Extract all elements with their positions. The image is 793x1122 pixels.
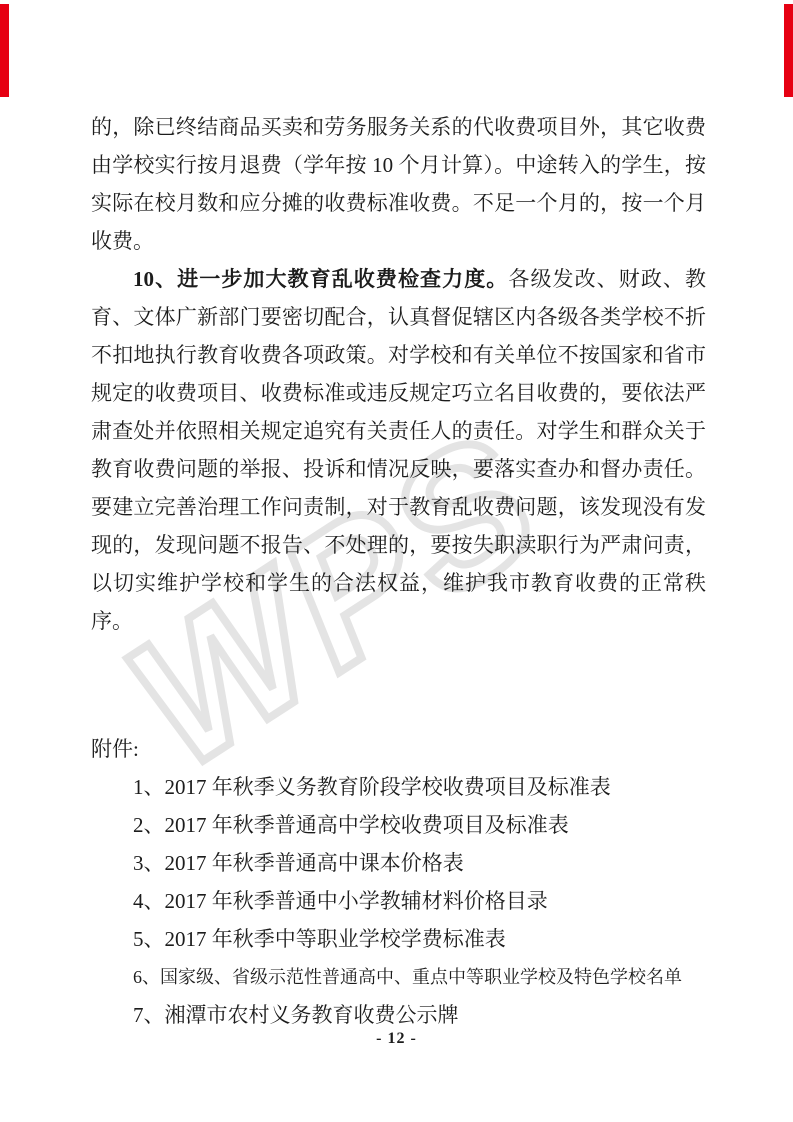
attachment-item-6: 6、国家级、省级示范性普通高中、重点中等职业学校及特色学校名单: [91, 958, 706, 996]
attachment-item-4: 4、2017 年秋季普通中小学教辅材料价格目录: [91, 882, 706, 920]
paragraph-item-10: 10、进一步加大教育乱收费检查力度。各级发改、财政、教育、文体广新部门要密切配合…: [91, 260, 706, 640]
attachments-label: 附件:: [91, 730, 706, 768]
document-page: WPS 的，除已终结商品买卖和劳务服务关系的代收费项目外，其它收费由学校实行按月…: [0, 0, 793, 1122]
attachment-item-5: 5、2017 年秋季中等职业学校学费标准表: [91, 920, 706, 958]
attachments-list: 1、2017 年秋季义务教育阶段学校收费项目及标准表 2、2017 年秋季普通高…: [91, 768, 706, 1034]
attachment-item-2: 2、2017 年秋季普通高中学校收费项目及标准表: [91, 806, 706, 844]
document-body: 的，除已终结商品买卖和劳务服务关系的代收费项目外，其它收费由学校实行按月退费（学…: [91, 108, 706, 1034]
paragraph-10-heading: 10、进一步加大教育乱收费检查力度。: [133, 267, 508, 291]
attachment-item-3: 3、2017 年秋季普通高中课本价格表: [91, 844, 706, 882]
attachment-item-1: 1、2017 年秋季义务教育阶段学校收费项目及标准表: [91, 768, 706, 806]
red-corner-mark-right: [784, 4, 793, 97]
paragraph-10-text: 各级发改、财政、教育、文体广新部门要密切配合，认真督促辖区内各级各类学校不折不扣…: [91, 267, 706, 633]
paragraph-continuation: 的，除已终结商品买卖和劳务服务关系的代收费项目外，其它收费由学校实行按月退费（学…: [91, 108, 706, 260]
red-corner-mark-left: [0, 4, 9, 97]
attachment-item-7: 7、湘潭市农村义务教育收费公示牌: [91, 996, 706, 1034]
page-number: - 12 -: [0, 1030, 793, 1048]
